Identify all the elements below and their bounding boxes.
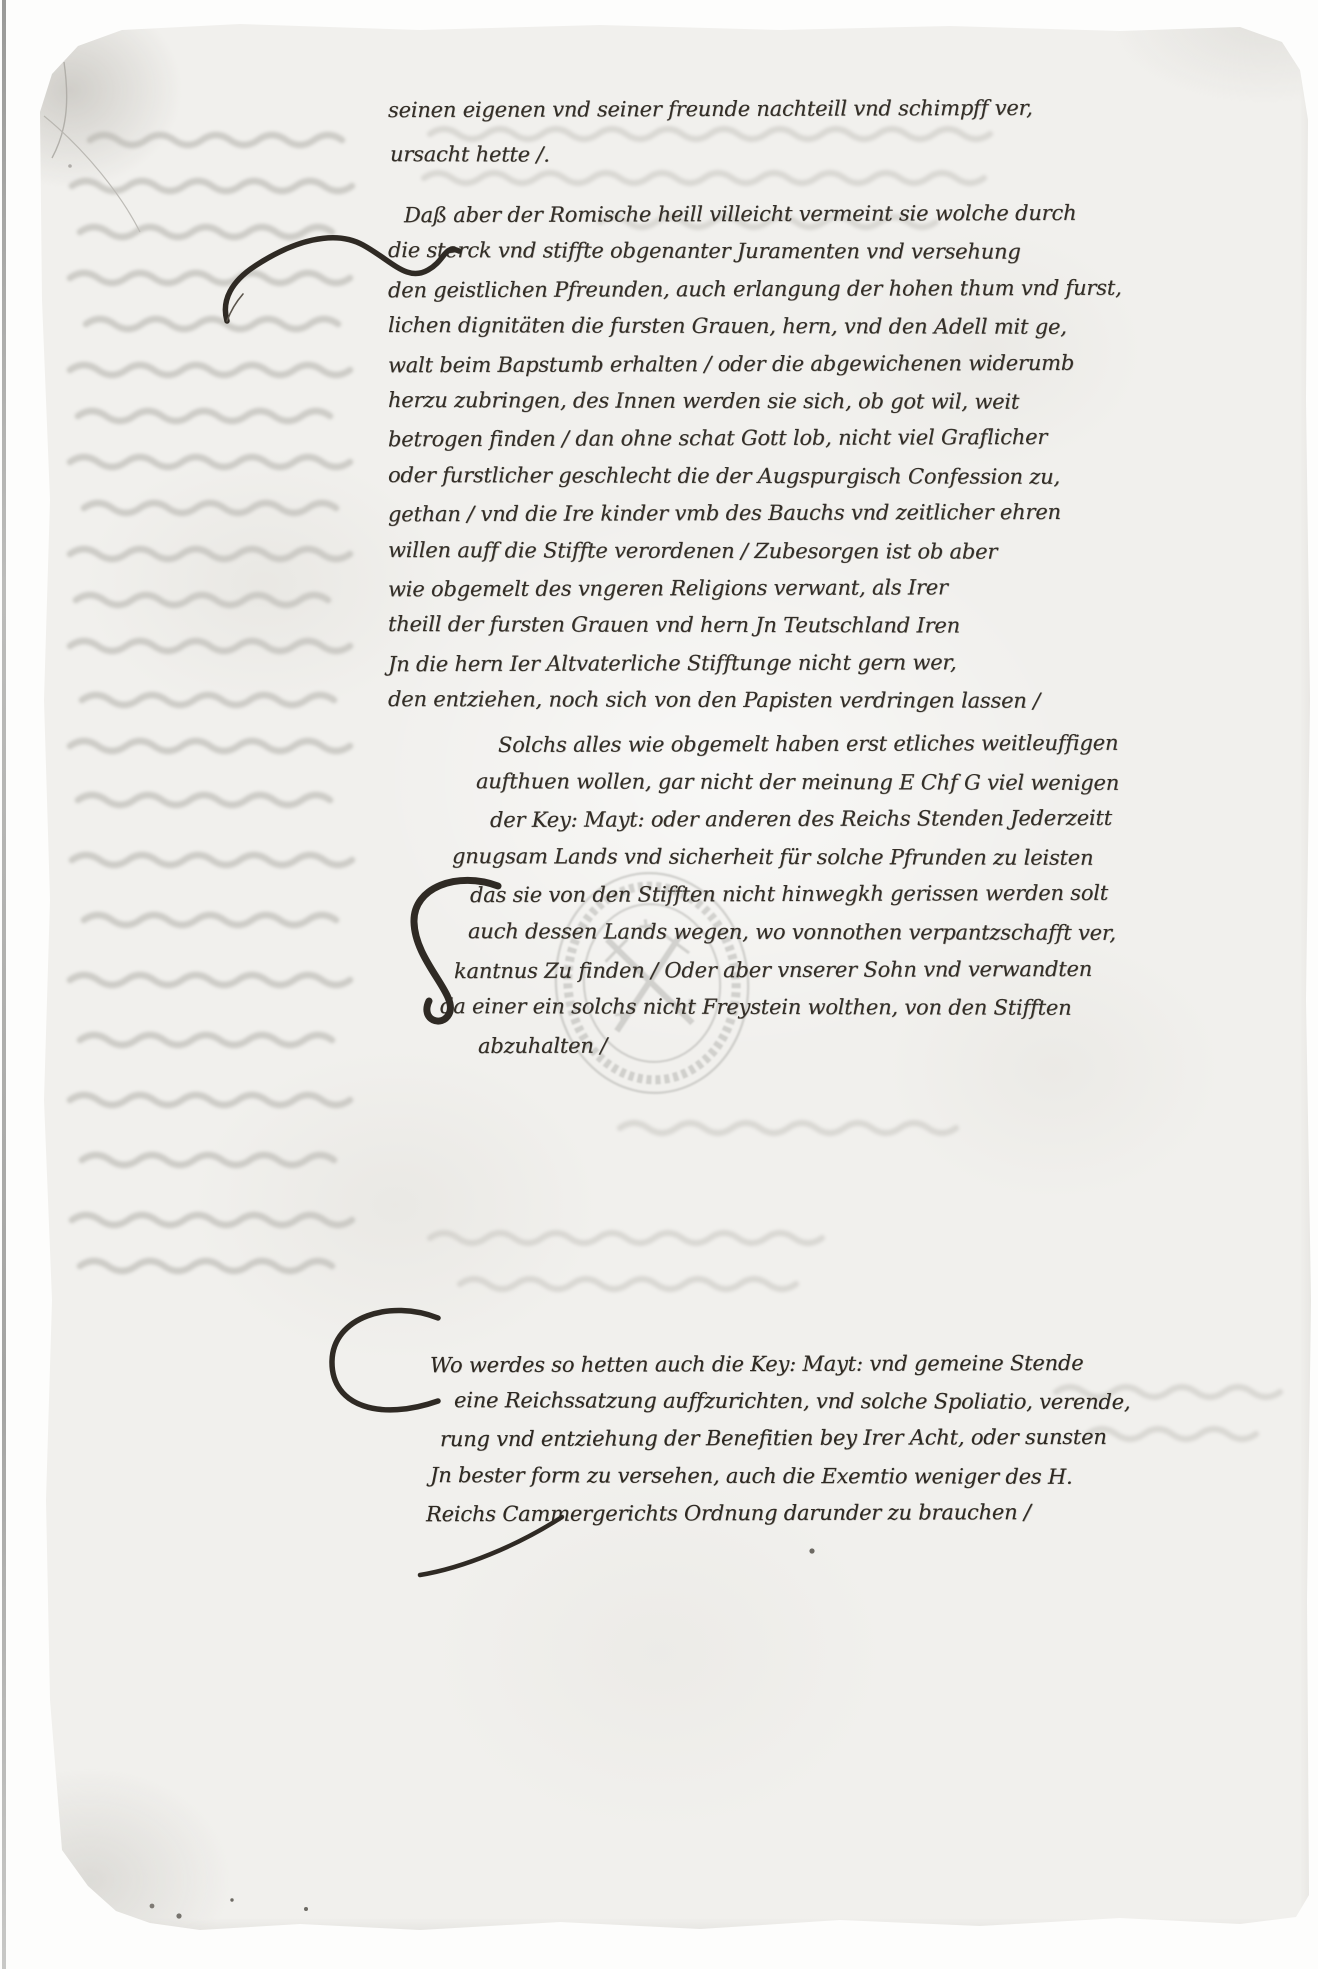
pen-flourish-paragraph-3-initial-s	[414, 880, 498, 1021]
scanner-edge-line	[2, 0, 6, 1969]
paper-crease-line	[52, 62, 67, 158]
foxing-specks	[68, 164, 814, 1918]
scan-background: seinen eigenen vnd seiner freunde nachte…	[0, 0, 1318, 1969]
pen-flourish-underline	[420, 1517, 562, 1575]
pen-flourish-paragraph-2	[225, 238, 459, 321]
pen-flourishes	[0, 0, 1318, 1944]
manuscript-page: seinen eigenen vnd seiner freunde nachte…	[0, 0, 1318, 1944]
pen-flourish-paragraph-4-initial-w	[332, 1310, 438, 1409]
paper-crease-line	[44, 116, 140, 232]
